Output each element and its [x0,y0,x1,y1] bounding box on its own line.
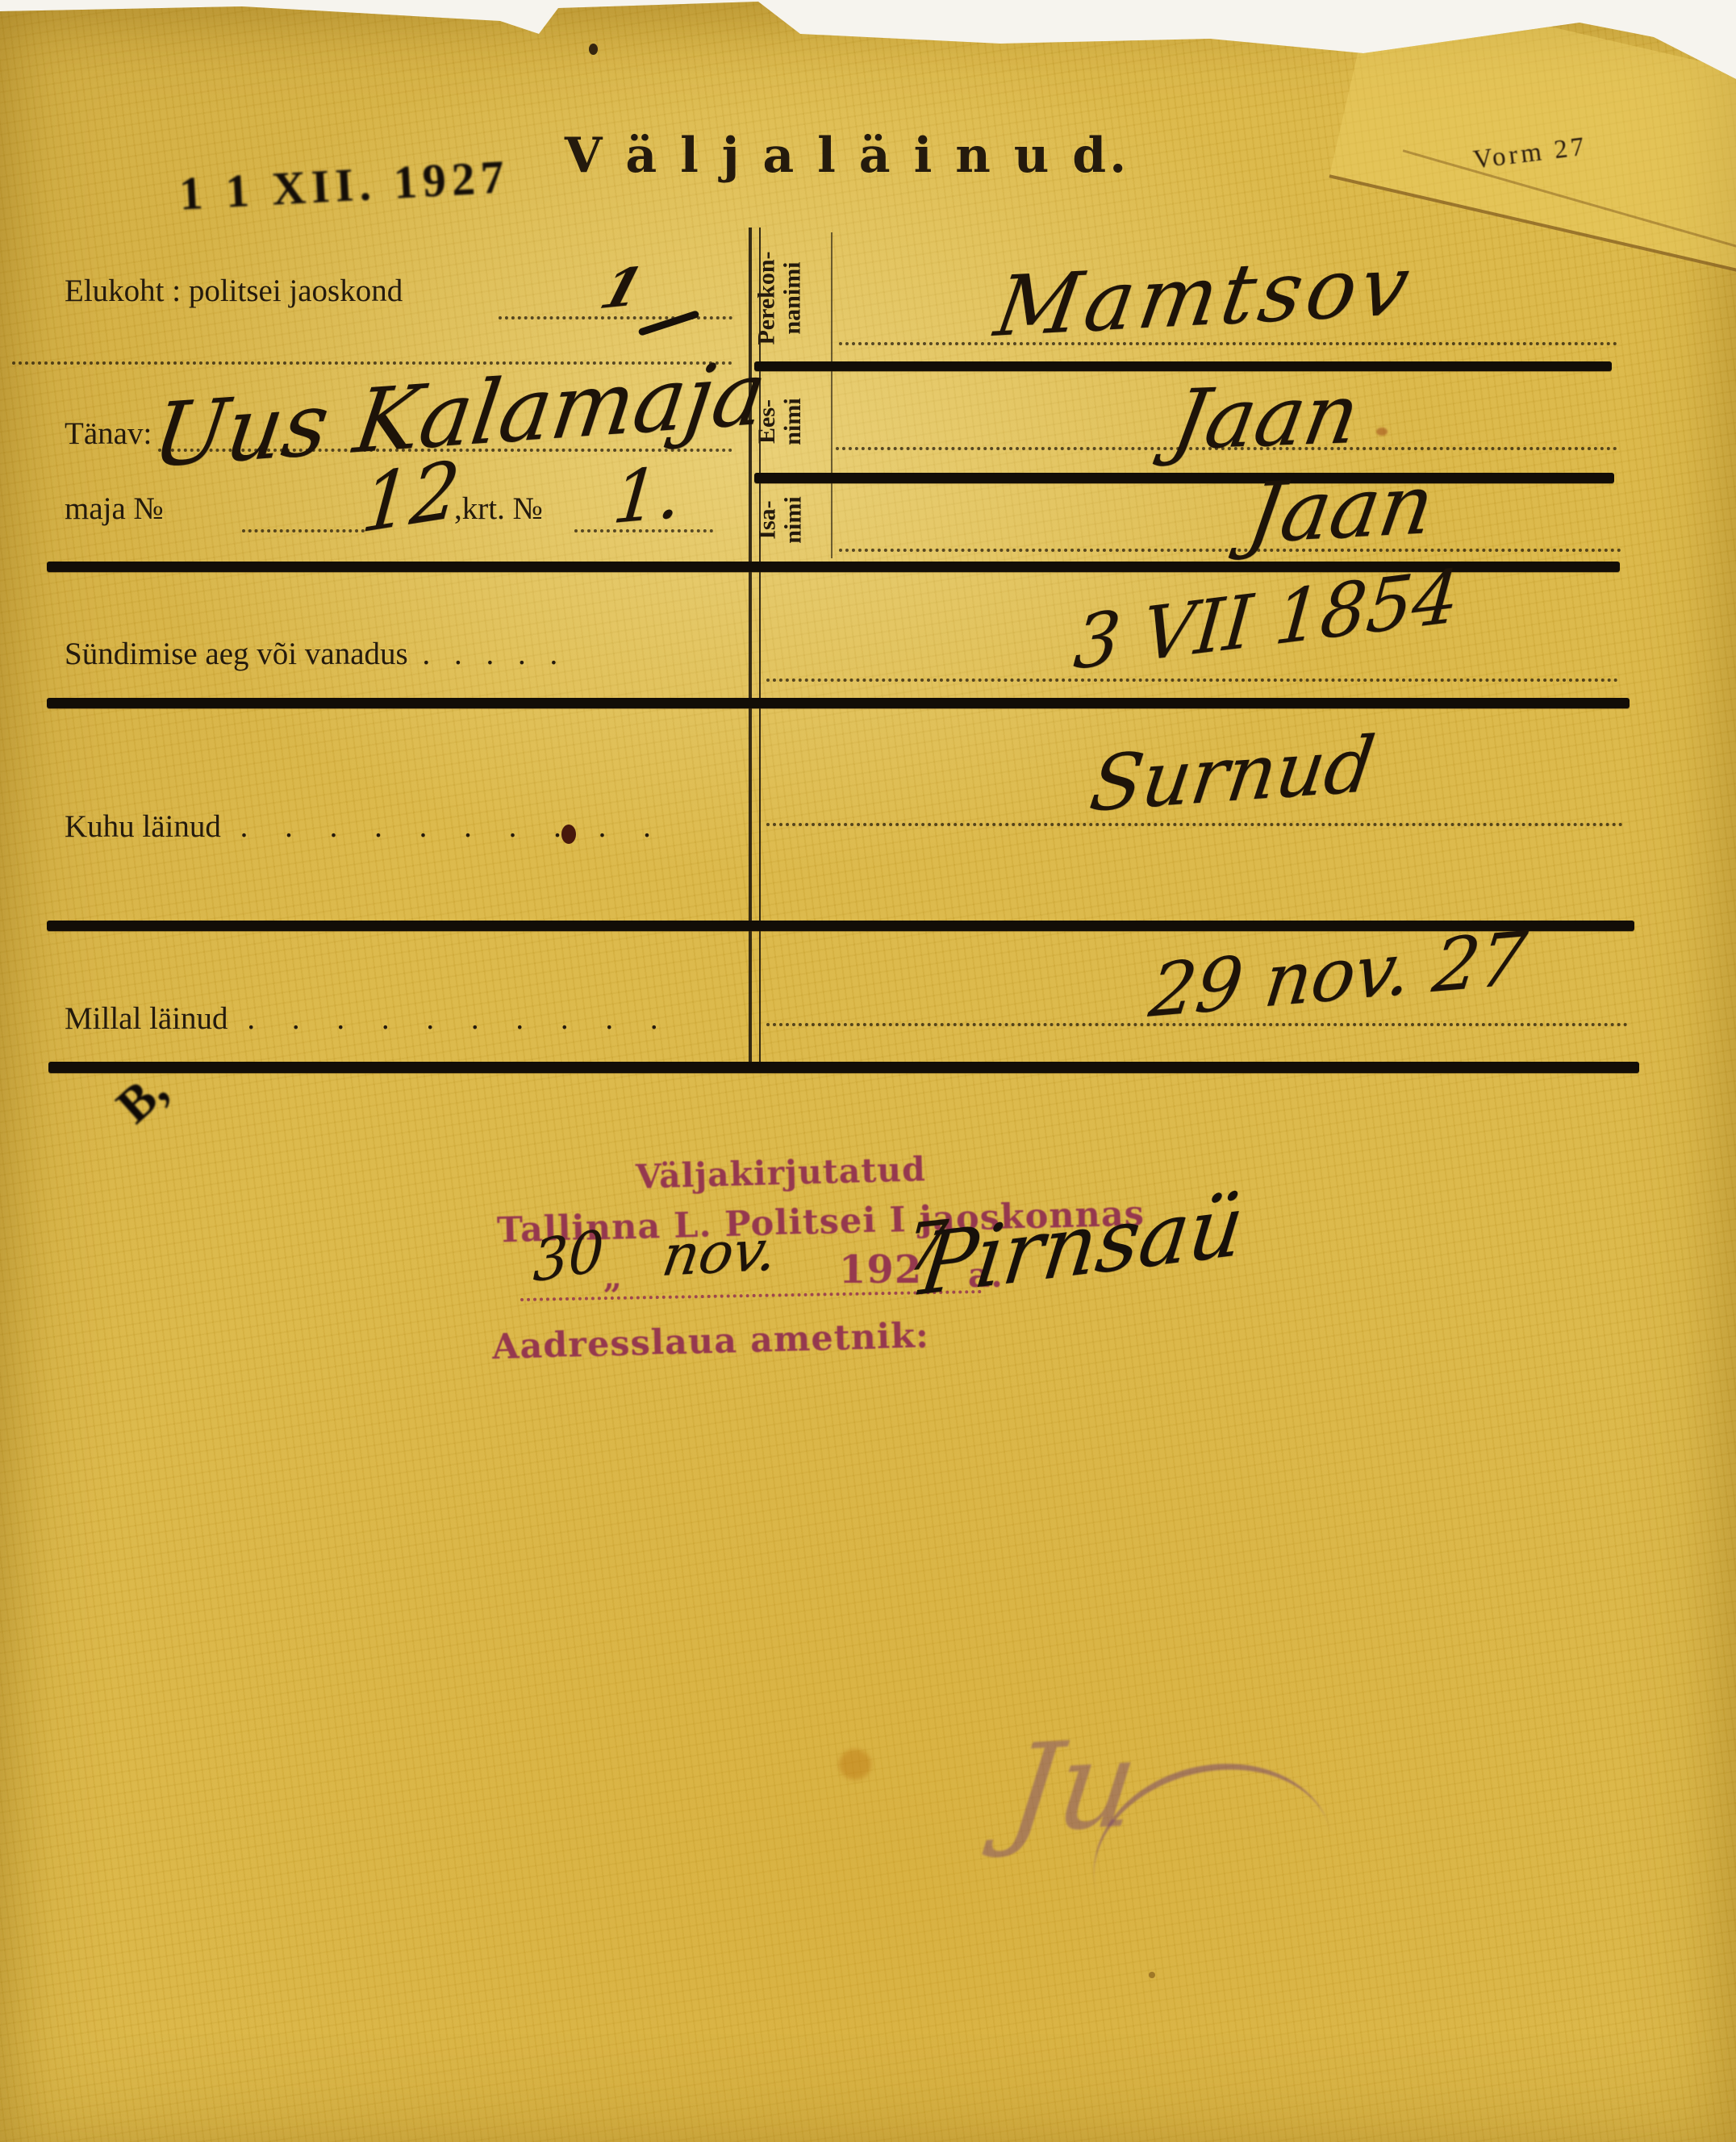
millal-label-dots: . . . . . . . . . . [247,1001,672,1036]
stamp-dotted-underline [520,1290,982,1301]
stain-1 [839,1749,871,1780]
kuhu-label-dots: . . . . . . . . . . [240,809,666,844]
millal-label-text: Millal läinud [65,1001,228,1036]
perekonnanimi-value: Mamtsov [989,237,1421,356]
sundimise-label: Sündimise aeg või vanadus . . . . . [65,636,565,672]
kuhu-label-text: Kuhu läinud [65,809,221,844]
krt-label: ,krt. № [454,491,543,527]
paper-card: 1 1 XII. 1927 V ä l j a l ä i n u d. Vor… [0,0,1736,2142]
speck-2 [1149,1972,1155,1978]
eesnimi-label-line2: nimi [780,371,806,472]
ink-stroke [638,310,700,336]
sundimise-value: 3 VII 1854 [1070,553,1462,687]
isanimi-value: Jaan [1241,456,1441,562]
stamp-quote: „ [603,1259,623,1296]
section-bar-4 [48,1062,1639,1073]
tanav-label: Tänav: [65,415,152,452]
stain-2 [1376,428,1388,436]
kuhu-value: Surnud [1085,720,1380,829]
stamp-line1: Väljakirjutatud [635,1150,926,1196]
stamp-month-handwritten: nov. [658,1217,782,1289]
isanimi-label-line1: Isa- [755,482,781,558]
kuhu-label: Kuhu läinud . . . . . . . . . . [65,808,666,845]
krt-value: 1. [610,450,685,541]
column-divider-outer [749,228,752,1063]
maja-value: 12 [358,443,464,551]
maja-label: maja № [65,491,164,527]
stamp-day-handwritten: 30 [532,1217,604,1295]
form-title: V ä l j a l ä i n u d. [452,127,1242,184]
perekonnanimi-label-line1: Perekon- [754,234,780,363]
perekonnanimi-label: Perekon- nanimi [754,234,831,363]
elukoht-value: 1 [594,255,651,321]
section-bar-2 [47,698,1630,708]
sundimise-line [766,679,1618,682]
speck-1 [589,44,598,55]
sundimise-label-text: Sündimise aeg või vanadus [65,637,408,671]
millal-value: 29 nov. 27 [1145,916,1530,1034]
isanimi-label: Isa- nimi [755,482,832,558]
isanimi-label-line2: nimi [781,482,807,558]
ink-blot [561,825,576,844]
isanimi-line [839,549,1621,552]
elukoht-label: Elukoht : politsei jaoskond [65,273,403,309]
sundimise-label-dots: . . . . . [422,637,565,671]
scanned-document: 1 1 XII. 1927 V ä l j a l ä i n u d. Vor… [0,0,1736,2142]
perekonnanimi-label-line2: nanimi [780,234,806,363]
maja-leader-dots [242,529,365,532]
name-separator-bar-1 [754,361,1612,371]
stamp-line4: Aadresslaua ametnik: [491,1316,929,1367]
name-separator-bar-2 [754,473,1614,483]
eesnimi-value: Jaan [1166,366,1367,470]
eesnimi-label: Ees- nimi [754,371,831,472]
kuhu-line [766,823,1623,826]
eesnimi-label-line1: Ees- [754,371,780,472]
official-signature: Pirnsaü [915,1175,1250,1315]
millal-label: Millal läinud . . . . . . . . . . [65,1000,673,1037]
